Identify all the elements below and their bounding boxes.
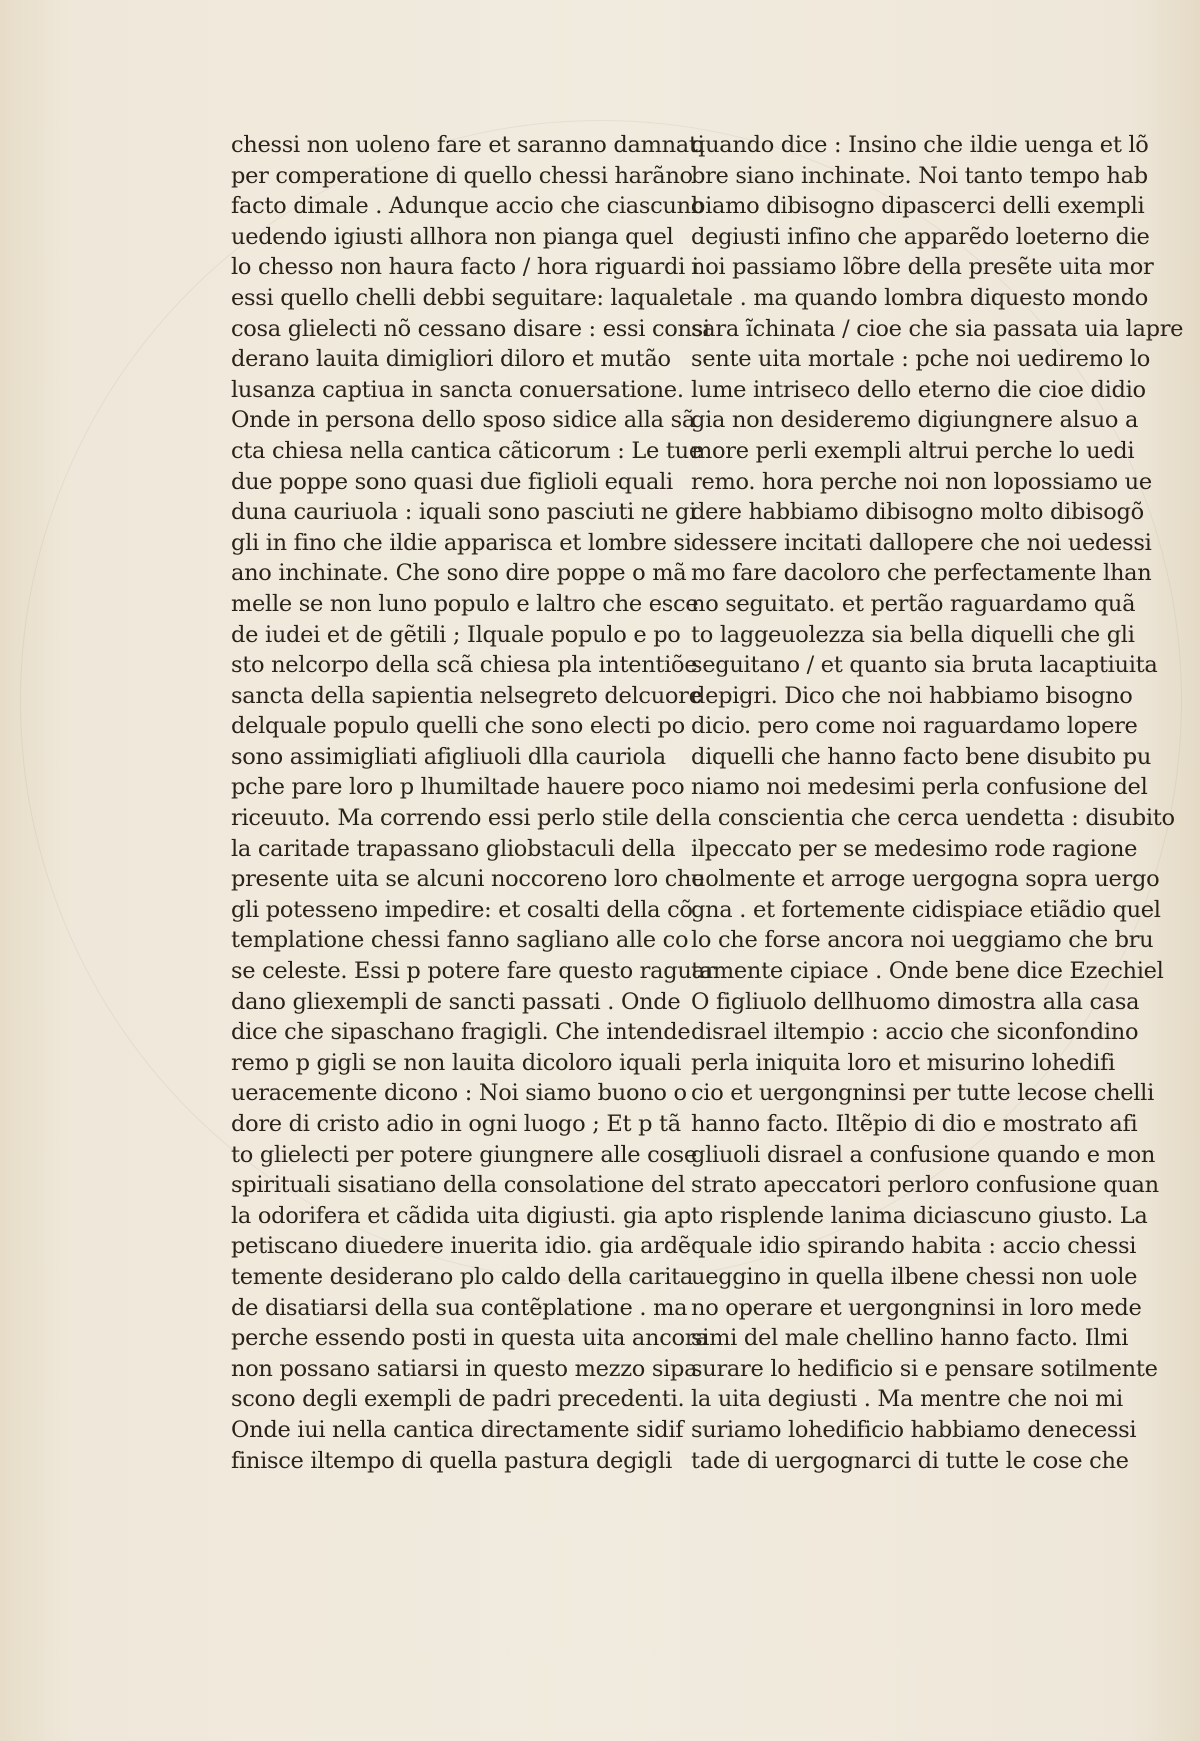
text-line: la conscientia che cerca uendetta : disu… xyxy=(691,803,1183,834)
text-line: to glielecti per potere giungnere alle c… xyxy=(231,1140,715,1171)
text-line: remo p gigli se non lauita dicoloro iqua… xyxy=(231,1048,715,1079)
text-line: tamente cipiace . Onde bene dice Ezechie… xyxy=(691,956,1183,987)
text-line: biamo dibisogno dipascerci delli exempli xyxy=(691,191,1183,222)
text-line: uedendo igiusti allhora non pianga quel xyxy=(231,222,715,253)
text-line: lo chesso non haura facto / hora riguard… xyxy=(231,252,715,283)
text-line: noi passiamo lõbre della presẽte uita mo… xyxy=(691,252,1183,283)
text-line: la caritade trapassano gliobstaculi dell… xyxy=(231,834,715,865)
text-line: lusanza captiua in sancta conuersatione. xyxy=(231,375,715,406)
text-line: pche pare loro p lhumiltade hauere poco xyxy=(231,772,715,803)
text-line: Onde iui nella cantica directamente sidi… xyxy=(231,1415,715,1446)
text-line: finisce iltempo di quella pastura degigl… xyxy=(231,1446,715,1477)
text-line: to laggeuolezza sia bella diquelli che g… xyxy=(691,620,1183,651)
text-line: sara ĩchinata / cioe che sia passata uia… xyxy=(691,314,1183,345)
text-line: degiusti infino che apparẽdo loeterno di… xyxy=(691,222,1183,253)
text-line: quando dice : Insino che ildie uenga et … xyxy=(691,130,1183,161)
text-line: seguitano / et quanto sia bruta lacaptiu… xyxy=(691,650,1183,681)
text-line: ano inchinate. Che sono dire poppe o mã xyxy=(231,558,715,589)
text-line: presente uita se alcuni noccoreno loro c… xyxy=(231,864,715,895)
text-line: sancta della sapientia nelsegreto delcuo… xyxy=(231,681,715,712)
text-line: melle se non luno populo e laltro che es… xyxy=(231,589,715,620)
text-line: non possano satiarsi in questo mezzo sip… xyxy=(231,1354,715,1385)
text-line: per comperatione di quello chessi harãno xyxy=(231,161,715,192)
text-line: gli potesseno impedire: et cosalti della… xyxy=(231,895,715,926)
text-line: due poppe sono quasi due figlioli equali xyxy=(231,467,715,498)
text-line: simi del male chellino hanno facto. Ilmi xyxy=(691,1323,1183,1354)
text-line: more perli exempli altrui perche lo uedi xyxy=(691,436,1183,467)
text-line: dore di cristo adio in ogni luogo ; Et p… xyxy=(231,1109,715,1140)
text-line: to risplende lanima diciascuno giusto. L… xyxy=(691,1201,1183,1232)
text-line: cio et uergongninsi per tutte lecose che… xyxy=(691,1078,1183,1109)
text-line: spirituali sisatiano della consolatione … xyxy=(231,1170,715,1201)
text-line: ueggino in quella ilbene chessi non uole xyxy=(691,1262,1183,1293)
text-line: ueracemente dicono : Noi siamo buono o xyxy=(231,1078,715,1109)
text-line: riceuuto. Ma correndo essi perlo stile d… xyxy=(231,803,715,834)
text-line: tade di uergognarci di tutte le cose che xyxy=(691,1446,1183,1477)
text-line: lo che forse ancora noi ueggiamo che bru xyxy=(691,925,1183,956)
text-line: O figliuolo dellhuomo dimostra alla casa xyxy=(691,987,1183,1018)
text-line: delquale populo quelli che sono electi p… xyxy=(231,711,715,742)
right-text-column: quando dice : Insino che ildie uenga et … xyxy=(691,130,1183,1476)
text-line: hanno facto. Iltẽpio di dio e mostrato a… xyxy=(691,1109,1183,1140)
text-line: perla iniquita loro et misurino lohedifi xyxy=(691,1048,1183,1079)
text-line: derano lauita dimigliori diloro et mutão xyxy=(231,344,715,375)
text-line: Onde in persona dello sposo sidice alla … xyxy=(231,405,715,436)
text-line: sente uita mortale : pche noi uediremo l… xyxy=(691,344,1183,375)
text-line: disrael iltempio : accio che siconfondin… xyxy=(691,1017,1183,1048)
text-line: la uita degiusti . Ma mentre che noi mi xyxy=(691,1384,1183,1415)
text-line: suriamo lohedificio habbiamo denecessi xyxy=(691,1415,1183,1446)
text-line: no seguitato. et pertão raguardamo quã xyxy=(691,589,1183,620)
text-line: la odorifera et cãdida uita digiusti. gi… xyxy=(231,1201,715,1232)
text-line: perche essendo posti in questa uita anco… xyxy=(231,1323,715,1354)
text-line: lume intriseco dello eterno die cioe did… xyxy=(691,375,1183,406)
text-line: dano gliexempli de sancti passati . Onde xyxy=(231,987,715,1018)
text-line: ilpeccato per se medesimo rode ragione xyxy=(691,834,1183,865)
text-line: de iudei et de gẽtili ; Ilquale populo e… xyxy=(231,620,715,651)
text-line: duna cauriuola : iquali sono pasciuti ne… xyxy=(231,497,715,528)
text-line: petiscano diuedere inuerita idio. gia ar… xyxy=(231,1231,715,1262)
text-line: no operare et uergongninsi in loro mede xyxy=(691,1293,1183,1324)
text-line: gia non desideremo digiungnere alsuo a xyxy=(691,405,1183,436)
text-line: uolmente et arroge uergogna sopra uergo xyxy=(691,864,1183,895)
text-line: depigri. Dico che noi habbiamo bisogno xyxy=(691,681,1183,712)
text-line: templatione chessi fanno sagliano alle c… xyxy=(231,925,715,956)
text-line: se celeste. Essi p potere fare questo ra… xyxy=(231,956,715,987)
text-line: gliuoli disrael a confusione quando e mo… xyxy=(691,1140,1183,1171)
text-line: quale idio spirando habita : accio chess… xyxy=(691,1231,1183,1262)
text-line: sto nelcorpo della scã chiesa pla intent… xyxy=(231,650,715,681)
text-line: remo. hora perche noi non lopossiamo ue xyxy=(691,467,1183,498)
text-line: niamo noi medesimi perla confusione del xyxy=(691,772,1183,803)
text-line: tale . ma quando lombra diquesto mondo xyxy=(691,283,1183,314)
text-line: dicio. pero come noi raguardamo lopere xyxy=(691,711,1183,742)
text-line: dere habbiamo dibisogno molto dibisogõ xyxy=(691,497,1183,528)
text-line: surare lo hedificio si e pensare sotilme… xyxy=(691,1354,1183,1385)
text-line: cta chiesa nella cantica cãticorum : Le … xyxy=(231,436,715,467)
text-line: sono assimigliati afigliuoli dlla caurio… xyxy=(231,742,715,773)
text-line: chessi non uoleno fare et saranno damnat… xyxy=(231,130,715,161)
text-line: dice che sipaschano fragigli. Che intend… xyxy=(231,1017,715,1048)
text-line: facto dimale . Adunque accio che ciascun… xyxy=(231,191,715,222)
text-line: diquelli che hanno facto bene disubito p… xyxy=(691,742,1183,773)
text-line: scono degli exempli de padri precedenti. xyxy=(231,1384,715,1415)
text-line: cosa glielecti nõ cessano disare : essi … xyxy=(231,314,715,345)
text-line: dessere incitati dallopere che noi uedes… xyxy=(691,528,1183,559)
text-line: temente desiderano plo caldo della carit… xyxy=(231,1262,715,1293)
left-text-column: chessi non uoleno fare et saranno damnat… xyxy=(231,130,715,1476)
text-line: strato apeccatori perloro confusione qua… xyxy=(691,1170,1183,1201)
text-line: essi quello chelli debbi seguitare: laqu… xyxy=(231,283,715,314)
text-line: gli in fino che ildie apparisca et lombr… xyxy=(231,528,715,559)
text-line: de disatiarsi della sua contẽplatione . … xyxy=(231,1293,715,1324)
text-line: bre siano inchinate. Noi tanto tempo hab xyxy=(691,161,1183,192)
text-line: gna . et fortemente cidispiace etiãdio q… xyxy=(691,895,1183,926)
manuscript-page: chessi non uoleno fare et saranno damnat… xyxy=(0,0,1200,1741)
text-line: mo fare dacoloro che perfectamente lhan xyxy=(691,558,1183,589)
